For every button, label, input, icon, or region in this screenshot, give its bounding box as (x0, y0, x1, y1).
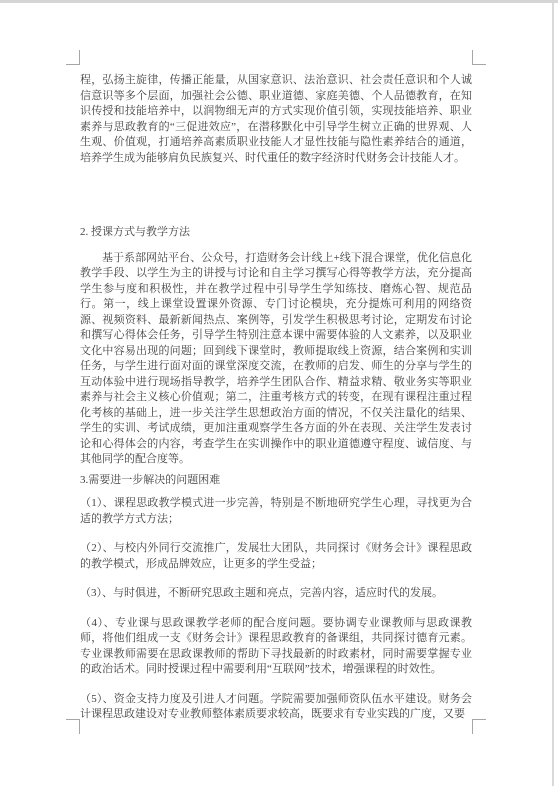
problem-item-5[interactable]: （5）、资金支持力度及引进人才问题。学院需要加强师资队伍水平建设。财务会计课程思… (80, 692, 472, 723)
continuation-paragraph[interactable]: 程，弘扬主旋律，传播正能量，从国家意识、法治意识、社会责任意识和个人诚信意识等多… (80, 73, 472, 166)
section-3-heading[interactable]: 3.需要进一步解决的问题困难 (80, 473, 472, 489)
problem-item-1[interactable]: （1）、课程思政教学模式进一步完善，特别是不断地研究学生心理，寻找更为合适的教学… (80, 496, 472, 527)
problem-item-3[interactable]: （3）、与时俱进，不断研究思政主题和亮点，完善内容，适应时代的发展。 (80, 586, 472, 602)
crop-mark-top-left (66, 50, 80, 65)
problem-item-4[interactable]: （4）、专业课与思政课教学老师的配合度问题。要协调专业课教师与思政课教师，将他们… (80, 616, 472, 678)
problem-item-2[interactable]: （2）、与校内外同行交流推广，发展壮大团队，共同探讨《财务会计》课程思政的教学模… (80, 541, 472, 572)
text-area[interactable]: 程，弘扬主旋律，传播正能量，从国家意识、法治意识、社会责任意识和个人诚信意识等多… (80, 73, 472, 723)
section-2-paragraph[interactable]: 基于系部网站平台、公众号，打造财务会计线上+线下混合课堂，优化信息化教学手段、以… (80, 251, 472, 468)
section-2-heading[interactable]: 2. 授课方式与教学方法 (80, 225, 472, 241)
crop-mark-bottom-right (472, 719, 486, 734)
page-right-edge-line (552, 3, 554, 786)
crop-mark-top-right (472, 50, 486, 65)
crop-mark-bottom-left (66, 719, 80, 734)
